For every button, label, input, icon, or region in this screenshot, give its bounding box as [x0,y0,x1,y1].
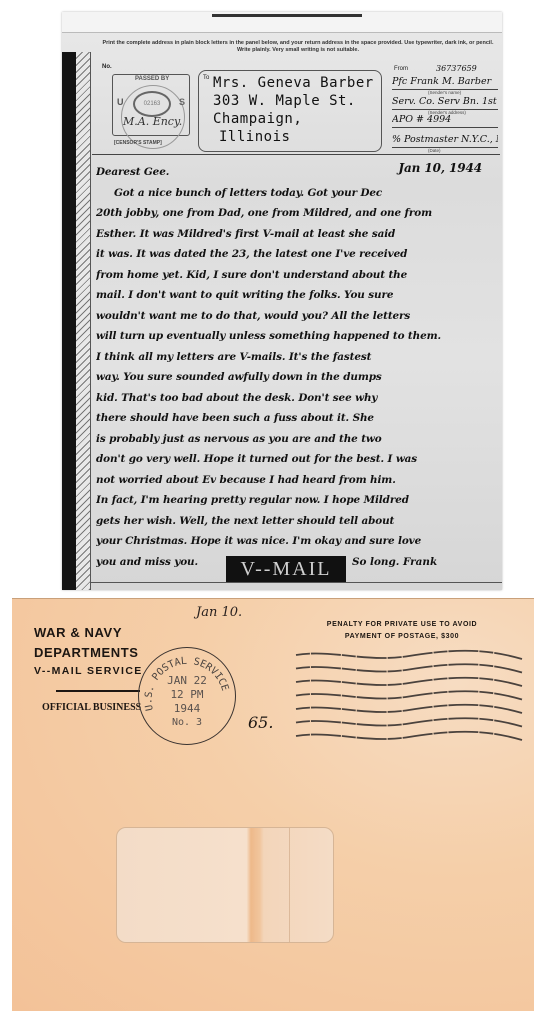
recipient-city: Champaign, [213,111,302,127]
recipient-state: Illinois [219,129,290,145]
vmail-envelope: Jan 10. WAR & NAVY DEPARTMENTS V--MAIL S… [12,598,534,1011]
letter-body-line: Got a nice bunch of letters today. Got y… [96,183,496,204]
censor-number: 02163 [133,91,171,117]
letter-body-line: way. You sure sounded awfully down in th… [96,367,496,388]
letter-top-band [62,12,502,33]
official-business-label: OFFICIAL BUSINESS [42,702,141,713]
vmail-service-label: V--MAIL SERVICE [34,665,143,677]
censor-stamp: PASSED BY U 02163 S M.A. Ency. [112,74,190,136]
letter-body-line: wouldn't want me to do that, would you? … [96,306,496,327]
letter-header: No. PASSED BY U 02163 S M.A. Ency. [CENS… [92,62,500,155]
censor-signature: M.A. Ency. [123,115,182,128]
sender-area: From 36737659 Pfc Frank M. Barber (Sende… [390,62,500,152]
from-label: From [394,66,408,72]
letter-hatched-margin [76,52,91,590]
letter-body-line: not worried about Ev because I had heard… [96,470,496,491]
letter-body-line: I think all my letters are V-mails. It's… [96,347,496,368]
letter-body-line: In fact, I'm hearing pretty regular now.… [96,490,496,511]
date-caption: (Date) [428,148,441,153]
letter-body-line: 20th jobby, one from Dad, one from Mildr… [96,203,496,224]
letter-black-edge [62,52,76,590]
letter-body: Dearest Gee. Jan 10, 1944 Got a nice bun… [96,162,496,572]
censor-s: S [179,97,185,107]
recipient-name: Mrs. Geneva Barber [213,75,374,91]
letter-date: Jan 10, 1944 [398,162,482,178]
handwritten-number: 65. [248,713,273,732]
handwritten-date: Jan 10. [196,605,242,620]
sender-serial-number: 36737659 [436,64,477,73]
number-label: No. [102,64,112,70]
penalty-line-1: PENALTY FOR PRIVATE USE TO AVOID [292,619,512,631]
vmail-stamp: V--MAIL [226,556,346,582]
postmark-year: 1944 [159,702,215,716]
letter-body-line: kid. That's too bad about the desk. Don'… [96,388,496,409]
letter-salutation-row: Dearest Gee. Jan 10, 1944 [96,162,496,183]
letter-body-line: gets her wish. Well, the next letter sho… [96,511,496,532]
department-line-1: WAR & NAVY [34,623,139,643]
letter-body-line: from home yet. Kid, I sure don't underst… [96,265,496,286]
vmail-letter: Print the complete address in plain bloc… [62,12,502,590]
letter-body-line: there should have been such a fuss about… [96,408,496,429]
postmark-stamp: U.S. POSTAL SERVICE JAN 22 12 PM 1944 No… [138,647,236,745]
department-heading: WAR & NAVY DEPARTMENTS [34,623,139,663]
window-seam [289,828,290,942]
censor-u: U [117,97,124,107]
letter-body-line: is probably just as nervous as you are a… [96,429,496,450]
letter-body-line: it was. It was dated the 23, the latest … [96,244,496,265]
postmark-date-block: JAN 22 12 PM 1944 No. 3 [159,674,215,730]
letter-body-line: your Christmas. Hope it was nice. I'm ok… [96,531,496,552]
to-label: To [203,75,209,81]
letter-body-line: mail. I don't want to quit writing the f… [96,285,496,306]
postmark-date: JAN 22 [159,674,215,688]
letter-signoff: So long. Frank [352,556,437,568]
censor-stamp-label: [CENSOR'S STAMP] [114,140,162,146]
sender-name-caption: (Sender's name) [428,90,461,95]
letter-body-line: Esther. It was Mildred's first V-mail at… [96,224,496,245]
heading-rule [56,690,140,692]
recipient-address-box: To Mrs. Geneva Barber 303 W. Maple St. C… [198,70,382,152]
cancellation-wavy-lines [294,647,524,751]
recipient-street: 303 W. Maple St. [213,93,356,109]
sender-address: Serv. Co. Serv Bn. 1st S.S.F. [392,96,498,110]
censor-passed-by: PASSED BY [135,76,169,82]
salutation: Dearest Gee. [96,166,169,178]
postmark-time: 12 PM [159,688,215,702]
sender-postmaster: % Postmaster N.Y.C., N.Y. [392,134,498,148]
penalty-line-2: PAYMENT OF POSTAGE, $300 [292,631,512,643]
sender-name: Pfc Frank M. Barber [392,76,498,90]
envelope-address-window [116,827,334,943]
letter-body-line: will turn up eventually unless something… [96,326,496,347]
letter-body-line: don't go very well. Hope it turned out f… [96,449,496,470]
letter-instructions: Print the complete address in plain bloc… [98,40,498,54]
sender-apo: APO # 4994 [392,114,498,128]
department-line-2: DEPARTMENTS [34,643,139,663]
letter-body-lines: Got a nice bunch of letters today. Got y… [96,183,496,573]
penalty-notice: PENALTY FOR PRIVATE USE TO AVOID PAYMENT… [292,619,512,643]
letter-bottom-rule [90,582,502,583]
postmark-station: No. 3 [159,716,215,730]
